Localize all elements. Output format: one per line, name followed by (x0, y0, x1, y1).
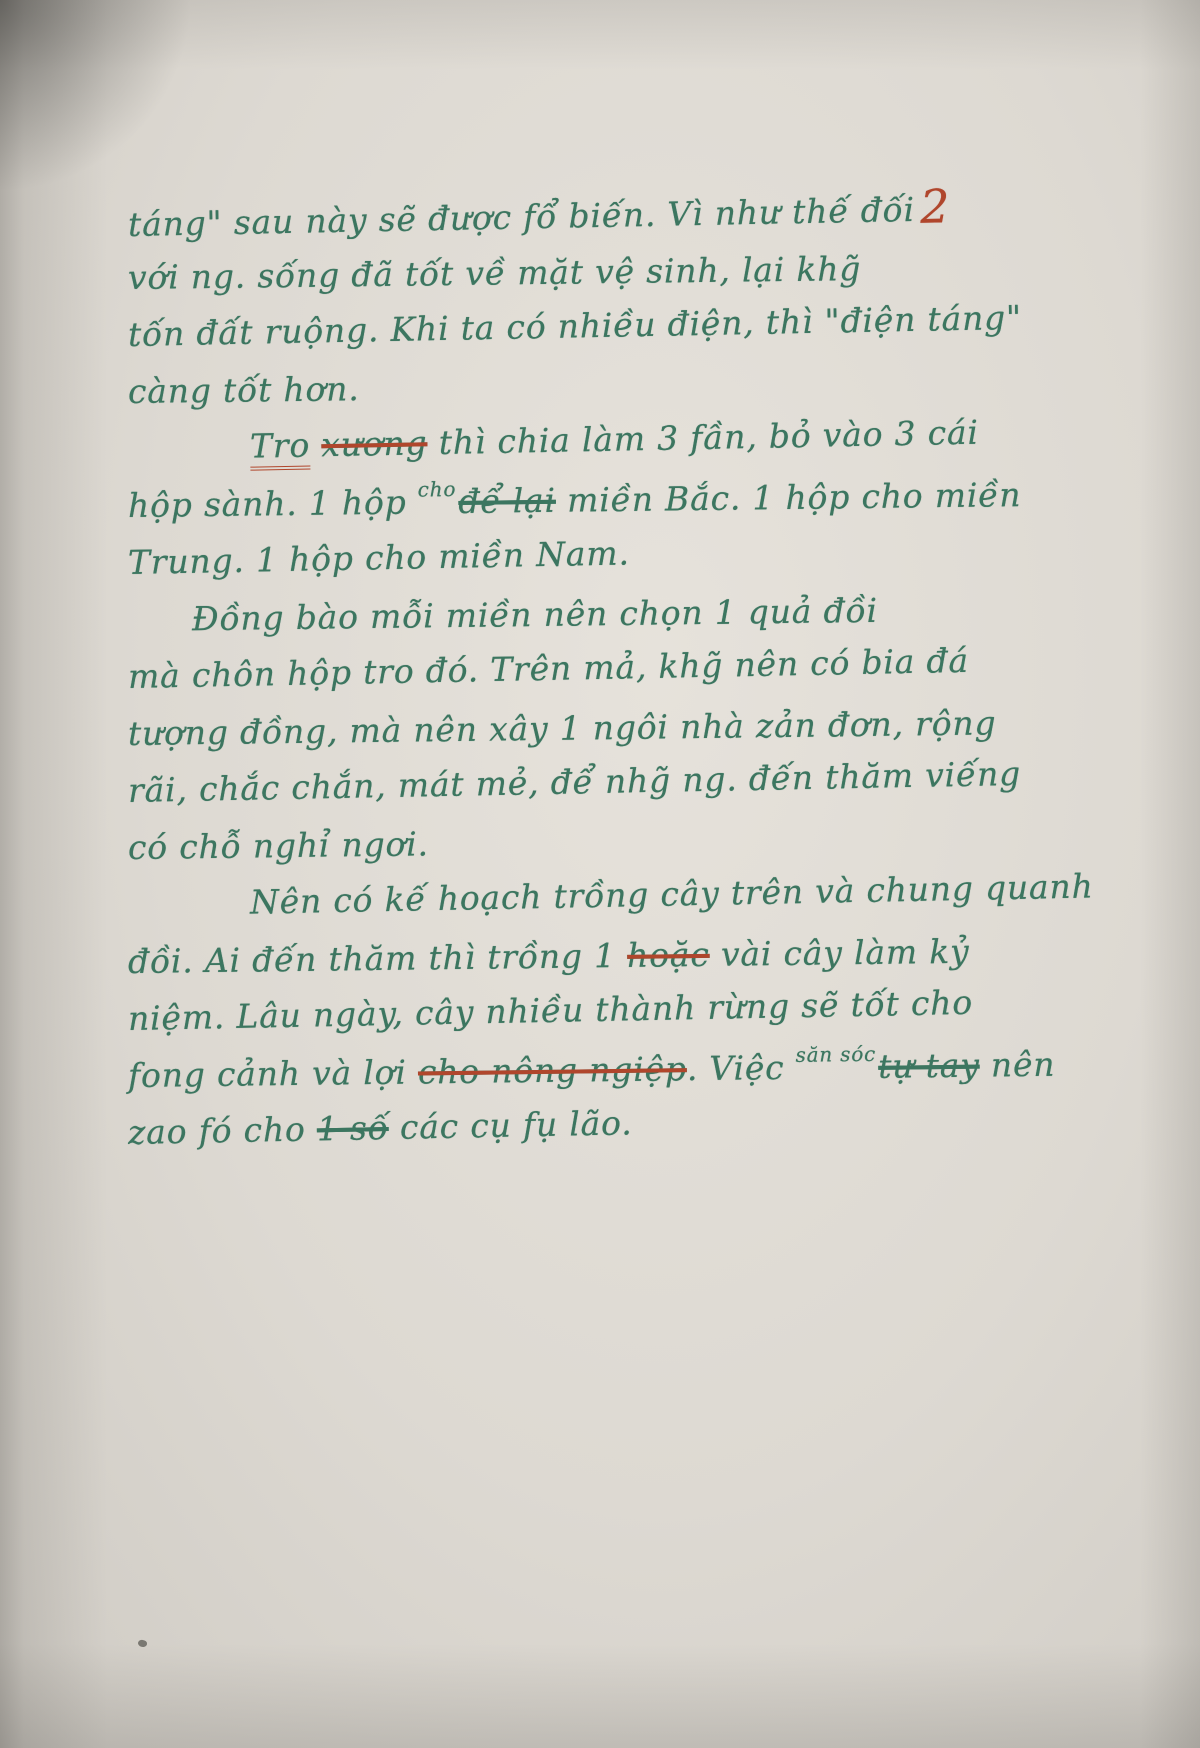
handwritten-text: hộp sành. 1 hộp (128, 482, 418, 525)
manuscript-page: táng" sau này sẽ được fổ biến. Vì như th… (0, 0, 1200, 1748)
handwritten-text: tốn đất ruộng. Khi ta có nhiều điện, thì… (128, 298, 1023, 354)
page-number: 2 (920, 178, 951, 236)
struck-text-green: để lại (458, 481, 556, 521)
handwritten-text: tượng đồng, mà nên xây 1 ngôi nhà zản đơ… (128, 703, 997, 753)
inserted-correction: cho (417, 461, 456, 518)
handwritten-text: zao fó cho (128, 1109, 318, 1152)
handwritten-text: fong cảnh và lợi (128, 1052, 418, 1095)
handwritten-text: rãi, chắc chắn, mát mẻ, để nhg̃ ng. đến … (128, 754, 1022, 810)
handwritten-text: vài cây làm kỷ (709, 932, 969, 974)
struck-text-green: tự tay (878, 1046, 980, 1086)
handwritten-text: Đồng bào mỗi miền nên chọn 1 quả đồi (192, 591, 878, 638)
handwritten-text: đồi. Ai đến thăm thì trồng 1 (128, 936, 628, 981)
handwritten-text: thì chia làm 3 fần, bỏ vào 3 cái (427, 413, 979, 463)
handwritten-text: càng tốt hơn. (128, 369, 360, 411)
struck-text-red: hoặc (627, 935, 710, 975)
struck-text-green: 1 số (316, 1108, 389, 1148)
handwritten-text: Nên có kế hoạch trồng cây trên và chung … (250, 866, 1094, 921)
handwritten-text-block: táng" sau này sẽ được fổ biến. Vì như th… (128, 192, 1108, 1161)
ink-smudge (137, 1639, 148, 1649)
underlined-word: Tro (250, 426, 311, 471)
handwritten-text: . Việc (687, 1048, 796, 1088)
handwritten-text: Trung. 1 hộp cho miền Nam. (128, 533, 630, 582)
manuscript-line: táng" sau này sẽ được fổ biến. Vì như th… (127, 173, 1108, 249)
inserted-correction: săn sóc (795, 1026, 876, 1084)
struck-text-red: xương (321, 423, 428, 464)
handwritten-text: mà chôn hộp tro đó. Trên mả, khg̃ nên có… (128, 641, 970, 696)
handwritten-text: miền Bắc. 1 hộp cho miền (556, 475, 1022, 520)
handwritten-text: có chỗ nghỉ ngơi. (128, 824, 429, 867)
struck-text-red: cho nông ngiệp (418, 1049, 687, 1091)
handwritten-text: nên (979, 1045, 1055, 1085)
handwritten-text: các cụ fụ lão. (388, 1103, 633, 1147)
handwritten-text: táng" sau này sẽ được fổ biến. Vì như th… (128, 190, 927, 244)
handwritten-text: với ng. sống đã tốt về mặt vệ sinh, lại … (128, 249, 862, 297)
